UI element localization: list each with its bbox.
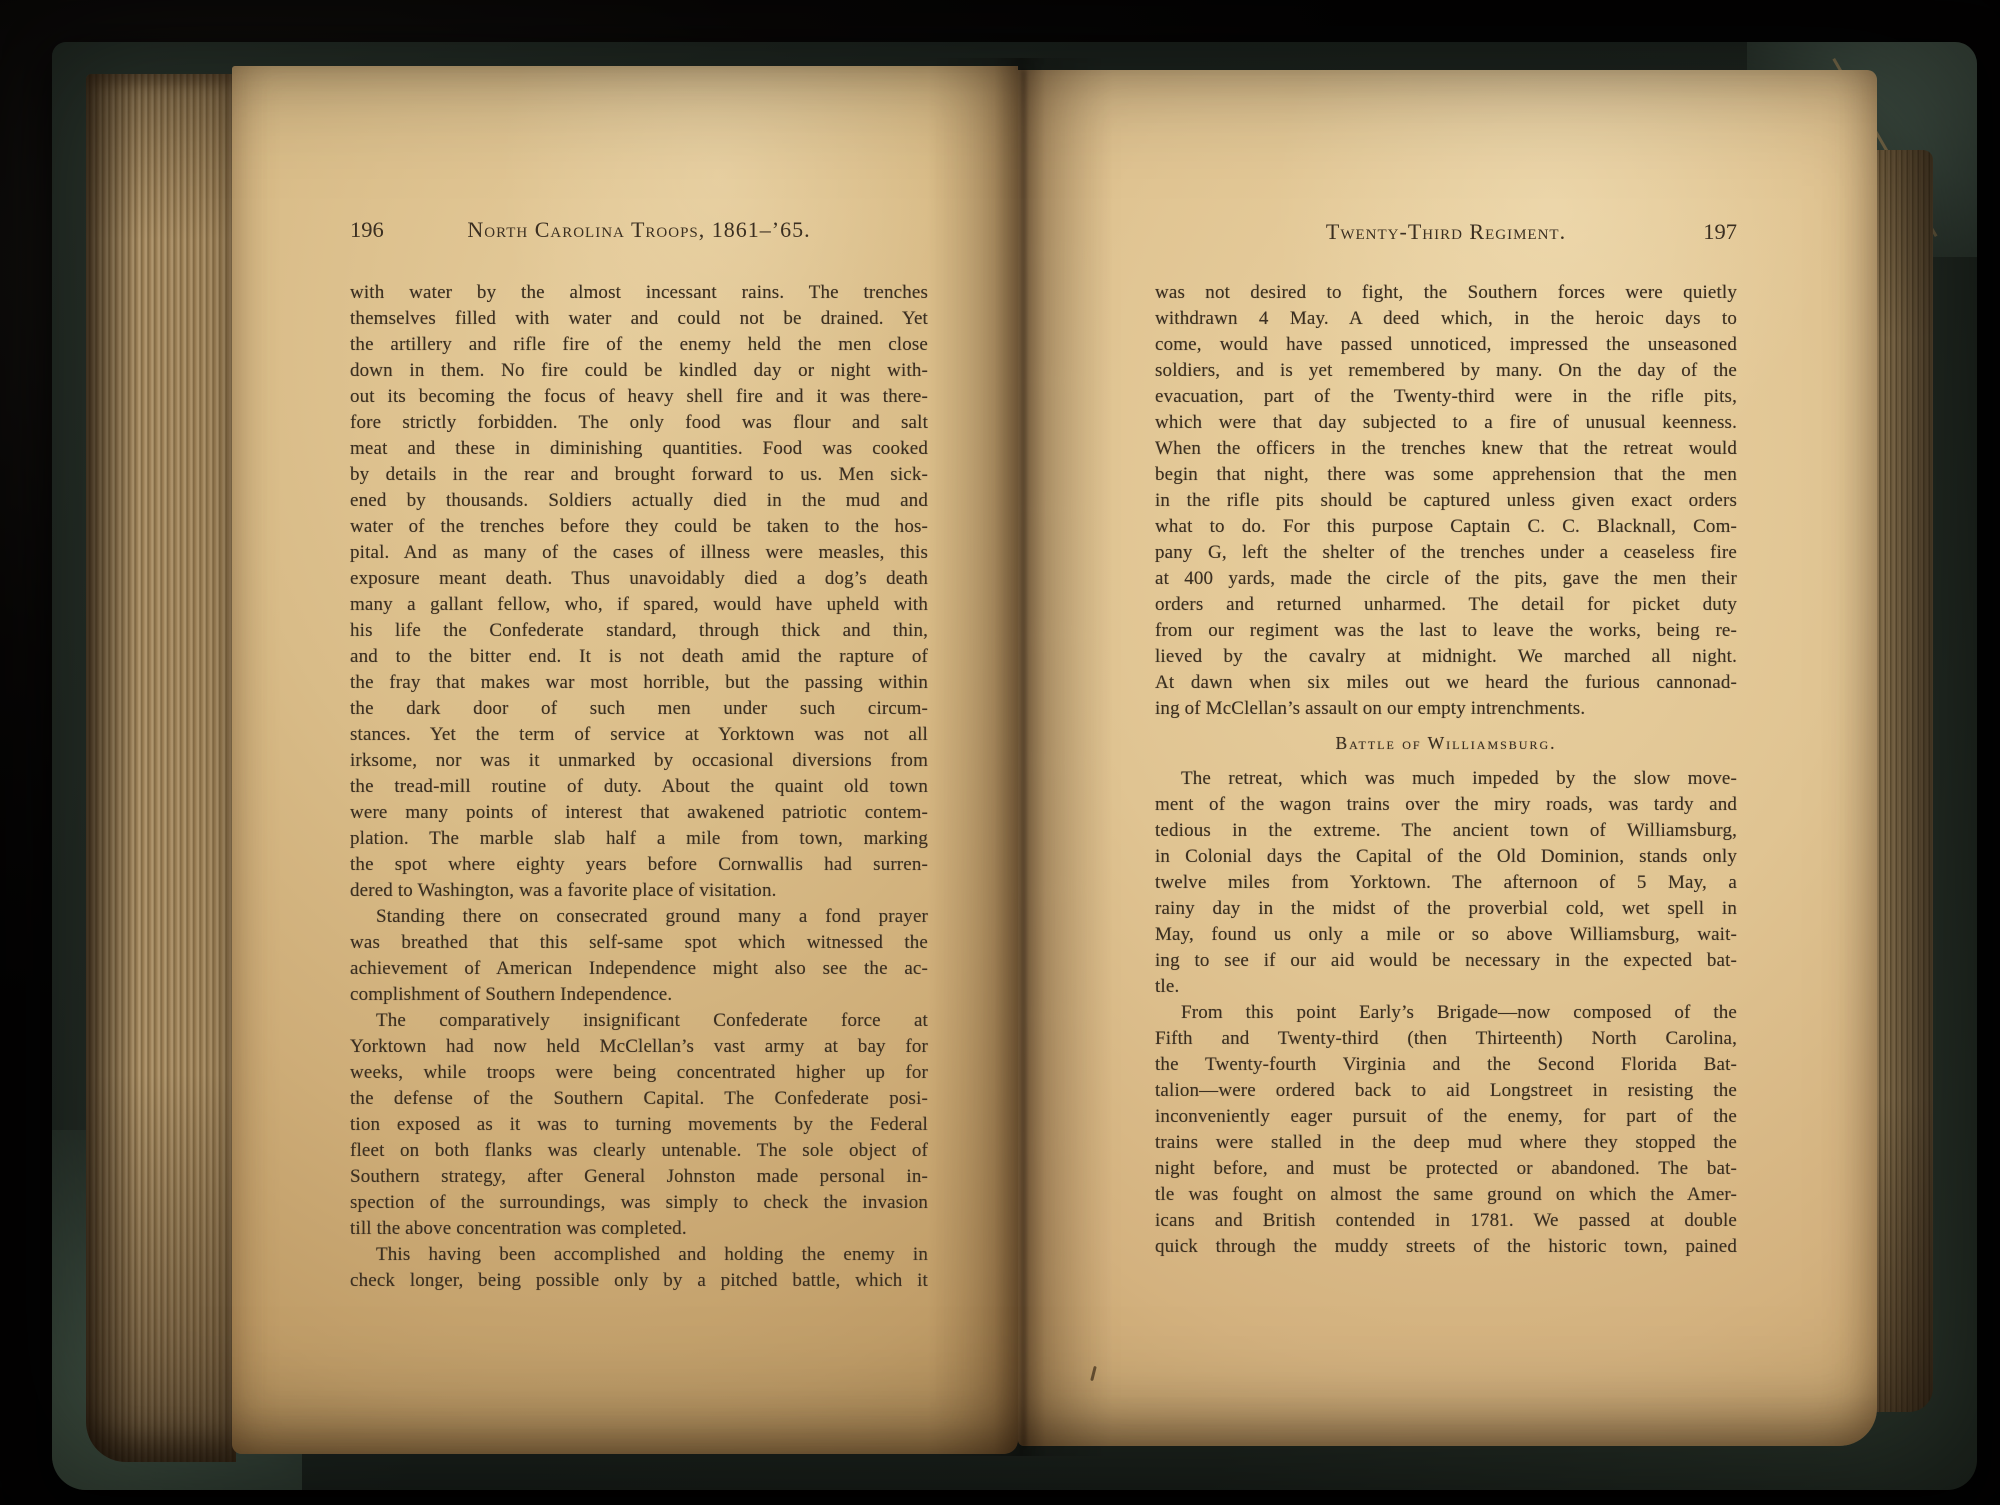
text-line: with water by the almost incessant rains…	[350, 280, 928, 306]
text-line: pital. And as many of the cases of illne…	[350, 540, 928, 566]
text-line: evacuation, part of the Twenty-third wer…	[1155, 384, 1737, 410]
text-line: the tread-mill routine of duty. About th…	[350, 774, 928, 800]
text-line: Fifth and Twenty-third (then Thirteenth)…	[1155, 1026, 1737, 1052]
text-line: Yorktown had now held McClellan’s vast a…	[350, 1034, 928, 1060]
text-line: This having been accomplished and holdin…	[350, 1242, 928, 1268]
text-line: From this point Early’s Brigade—now comp…	[1155, 1000, 1737, 1026]
text-line: Southern strategy, after General Johnsto…	[350, 1164, 928, 1190]
text-line: rainy day in the midst of the proverbial…	[1155, 896, 1737, 922]
paragraph: with water by the almost incessant rains…	[350, 280, 928, 904]
text-line: soldiers, and is yet remembered by many.…	[1155, 358, 1737, 384]
right-page-text: was not desired to fight, the Southern f…	[1155, 280, 1737, 1260]
right-page-edges	[1877, 150, 1933, 1412]
running-title: North Carolina Troops, 1861–’65.	[350, 214, 928, 246]
text-line: the spot where eighty years before Cornw…	[350, 852, 928, 878]
left-page: 196 North Carolina Troops, 1861–’65. wit…	[232, 66, 1018, 1454]
text-line: trains were stalled in the deep mud wher…	[1155, 1130, 1737, 1156]
text-line: plation. The marble slab half a mile fro…	[350, 826, 928, 852]
text-line: the artillery and rifle fire of the enem…	[350, 332, 928, 358]
text-line: from our regiment was the last to leave …	[1155, 618, 1737, 644]
text-line: and to the bitter end. It is not death a…	[350, 644, 928, 670]
text-line: water of the trenches before they could …	[350, 514, 928, 540]
text-line: what to do. For this purpose Captain C. …	[1155, 514, 1737, 540]
text-line: tedious in the extreme. The ancient town…	[1155, 818, 1737, 844]
section-heading: Battle of Williamsburg.	[1155, 730, 1737, 756]
text-line: were many points of interest that awaken…	[350, 800, 928, 826]
text-line: themselves filled with water and could n…	[350, 306, 928, 332]
text-line: lieved by the cavalry at midnight. We ma…	[1155, 644, 1737, 670]
text-line: quick through the muddy streets of the h…	[1155, 1234, 1737, 1260]
text-line: begin that night, there was some apprehe…	[1155, 462, 1737, 488]
text-line: the dark door of such men under such cir…	[350, 696, 928, 722]
paragraph: The retreat, which was much impeded by t…	[1155, 766, 1737, 1000]
page-number: 197	[1703, 216, 1737, 248]
text-line: Standing there on consecrated ground man…	[350, 904, 928, 930]
text-line: spection of the surroundings, was simply…	[350, 1190, 928, 1216]
text-line: tle.	[1155, 974, 1737, 1000]
paragraph: was not desired to fight, the Southern f…	[1155, 280, 1737, 722]
text-line: the defense of the Southern Capital. The…	[350, 1086, 928, 1112]
paragraph: Standing there on consecrated ground man…	[350, 904, 928, 1008]
left-running-head: 196 North Carolina Troops, 1861–’65.	[350, 214, 928, 246]
text-line: complishment of Southern Independence.	[350, 982, 928, 1008]
paragraph: From this point Early’s Brigade—now comp…	[1155, 1000, 1737, 1260]
text-line: fore strictly forbidden. The only food w…	[350, 410, 928, 436]
text-line: tle was fought on almost the same ground…	[1155, 1182, 1737, 1208]
text-line: ing of McClellan’s assault on our empty …	[1155, 696, 1737, 722]
text-line: pany G, left the shelter of the trenches…	[1155, 540, 1737, 566]
text-line: his life the Confederate standard, throu…	[350, 618, 928, 644]
text-line: down in them. No fire could be kindled d…	[350, 358, 928, 384]
text-line: exposure meant death. Thus unavoidably d…	[350, 566, 928, 592]
book-photo: 196 North Carolina Troops, 1861–’65. wit…	[0, 0, 2000, 1505]
text-line: dered to Washington, was a favorite plac…	[350, 878, 928, 904]
text-line: talion—were ordered back to aid Longstre…	[1155, 1078, 1737, 1104]
right-page: Twenty-Third Regiment. 197 was not desir…	[1018, 70, 1877, 1446]
paragraph: This having been accomplished and holdin…	[350, 1242, 928, 1294]
text-line: May, found us only a mile or so above Wi…	[1155, 922, 1737, 948]
text-line: ened by thousands. Soldiers actually die…	[350, 488, 928, 514]
text-line: check longer, being possible only by a p…	[350, 1268, 928, 1294]
text-line: fleet on both flanks was clearly untenab…	[350, 1138, 928, 1164]
text-line: icans and British contended in 1781. We …	[1155, 1208, 1737, 1234]
text-line: in Colonial days the Capital of the Old …	[1155, 844, 1737, 870]
text-line: ment of the wagon trains over the miry r…	[1155, 792, 1737, 818]
text-line: out its becoming the focus of heavy shel…	[350, 384, 928, 410]
text-line: many a gallant fellow, who, if spared, w…	[350, 592, 928, 618]
text-line: When the officers in the trenches knew t…	[1155, 436, 1737, 462]
text-line: orders and returned unharmed. The detail…	[1155, 592, 1737, 618]
text-line: in the rifle pits should be captured unl…	[1155, 488, 1737, 514]
text-line: weeks, while troops were being concentra…	[350, 1060, 928, 1086]
text-line: the Twenty-fourth Virginia and the Secon…	[1155, 1052, 1737, 1078]
text-line: come, would have passed unnoticed, impre…	[1155, 332, 1737, 358]
text-line: the fray that makes war most horrible, b…	[350, 670, 928, 696]
text-line: The retreat, which was much impeded by t…	[1155, 766, 1737, 792]
right-running-head: Twenty-Third Regiment. 197	[1155, 216, 1737, 248]
text-line: achievement of American Independence mig…	[350, 956, 928, 982]
text-line: inconveniently eager pursuit of the enem…	[1155, 1104, 1737, 1130]
left-page-text: with water by the almost incessant rains…	[350, 280, 928, 1294]
text-line: was not desired to fight, the Southern f…	[1155, 280, 1737, 306]
text-line: meat and these in diminishing quantities…	[350, 436, 928, 462]
text-line: The comparatively insignificant Confeder…	[350, 1008, 928, 1034]
text-line: irksome, nor was it unmarked by occasion…	[350, 748, 928, 774]
text-line: night before, and must be protected or a…	[1155, 1156, 1737, 1182]
text-line: till the above concentration was complet…	[350, 1216, 928, 1242]
text-line: twelve miles from Yorktown. The afternoo…	[1155, 870, 1737, 896]
text-line: at 400 yards, made the circle of the pit…	[1155, 566, 1737, 592]
text-line: by details in the rear and brought forwa…	[350, 462, 928, 488]
text-line: which were that day subjected to a fire …	[1155, 410, 1737, 436]
text-line: tion exposed as it was to turning moveme…	[350, 1112, 928, 1138]
page-number: 196	[350, 214, 384, 246]
left-page-edges	[86, 74, 236, 1462]
paragraph: The comparatively insignificant Confeder…	[350, 1008, 928, 1242]
text-line: withdrawn 4 May. A deed which, in the he…	[1155, 306, 1737, 332]
running-title: Twenty-Third Regiment.	[1155, 216, 1737, 248]
text-line: was breathed that this self-same spot wh…	[350, 930, 928, 956]
text-line: ing to see if our aid would be necessary…	[1155, 948, 1737, 974]
text-line: stances. Yet the term of service at York…	[350, 722, 928, 748]
text-line: At dawn when six miles out we heard the …	[1155, 670, 1737, 696]
